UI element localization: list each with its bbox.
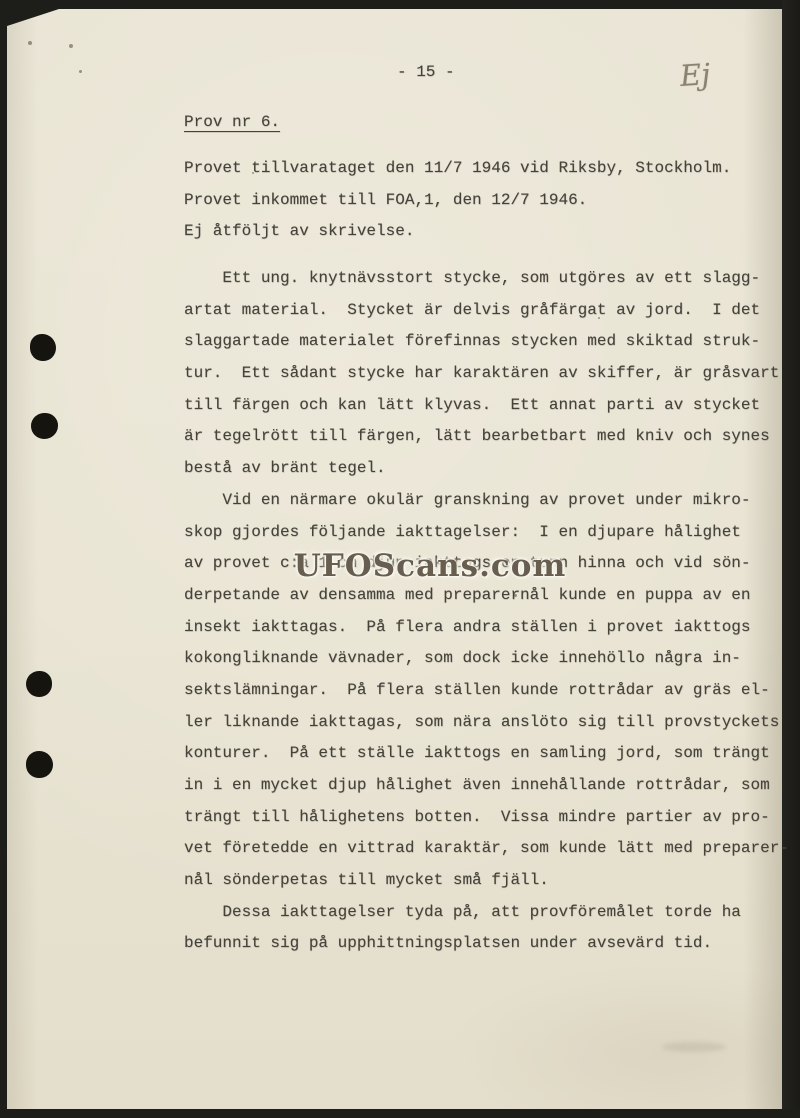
- text-line: Provet inkommet till FOA,1, den 12/7 194…: [184, 185, 731, 217]
- page-number: - 15 -: [397, 60, 455, 84]
- text-line: sektslämningar. På flera ställen kunde r…: [184, 675, 789, 707]
- text-line: slaggartade materialet förefinnas stycke…: [184, 326, 789, 358]
- sample-meta-text: Provet tillvarataget den 11/7 1946 vid R…: [184, 153, 731, 248]
- scanner-edge-bottom: [0, 1109, 800, 1118]
- scanner-edge-top: [0, 0, 800, 9]
- text-line: ler liknande iakttagas, som nära anslöto…: [184, 707, 789, 739]
- text-line: vet företedde en vittrad karaktär, som k…: [184, 833, 789, 865]
- report-body-text: Ett ung. knytnävsstort stycke, som utgör…: [184, 263, 789, 960]
- text-line: Dessa iakttagelser tyda på, att provföre…: [184, 897, 789, 929]
- watermark: UFOScans.com: [290, 549, 570, 583]
- text-line: konturer. På ett ställe iakttogs en saml…: [184, 738, 789, 770]
- text-line: nål sönderpetas till mycket små fjäll.: [184, 865, 789, 897]
- scanned-document-page: - 15 - Ej Prov nr 6. Provet tillvaratage…: [0, 0, 800, 1118]
- text-line: artat material. Stycket är delvis gråfär…: [184, 295, 789, 327]
- text-line: trängt till hålighetens botten. Vissa mi…: [184, 802, 789, 834]
- text-line: bestå av bränt tegel.: [184, 453, 789, 485]
- punch-hole: [31, 413, 58, 439]
- text-line: tur. Ett sådant stycke har karaktären av…: [184, 358, 789, 390]
- text-line: derpetande av densamma med preparernål k…: [184, 580, 789, 612]
- text-line: Vid en närmare okulär granskning av prov…: [184, 485, 789, 517]
- text-line: till färgen och kan lätt klyvas. Ett ann…: [184, 390, 789, 422]
- text-line: skop gjordes följande iakttagelser: I en…: [184, 517, 789, 549]
- section-heading: Prov nr 6.: [184, 110, 280, 134]
- text-line: Ej åtföljt av skrivelse.: [184, 216, 731, 248]
- punch-hole: [30, 334, 56, 361]
- text-line: är tegelrött till färgen, lätt bearbetba…: [184, 421, 789, 453]
- text-line: befunnit sig på upphittningsplatsen unde…: [184, 928, 789, 960]
- text-line: Provet tillvarataget den 11/7 1946 vid R…: [184, 153, 731, 185]
- text-line: insekt iakttagas. På flera andra ställen…: [184, 612, 789, 644]
- punch-hole: [26, 671, 52, 697]
- text-line: Ett ung. knytnävsstort stycke, som utgör…: [184, 263, 789, 295]
- punch-hole: [26, 751, 53, 778]
- paper-smudge: [662, 1042, 726, 1052]
- paper-speck: [79, 70, 82, 73]
- handwritten-note: Ej: [679, 57, 711, 93]
- text-line: kokongliknande vävnader, som dock icke i…: [184, 643, 789, 675]
- text-line: in i en mycket djup hålighet även innehå…: [184, 770, 789, 802]
- scanner-edge-left: [0, 0, 7, 1118]
- paper-speck: [69, 44, 73, 48]
- paper-speck: [28, 41, 32, 45]
